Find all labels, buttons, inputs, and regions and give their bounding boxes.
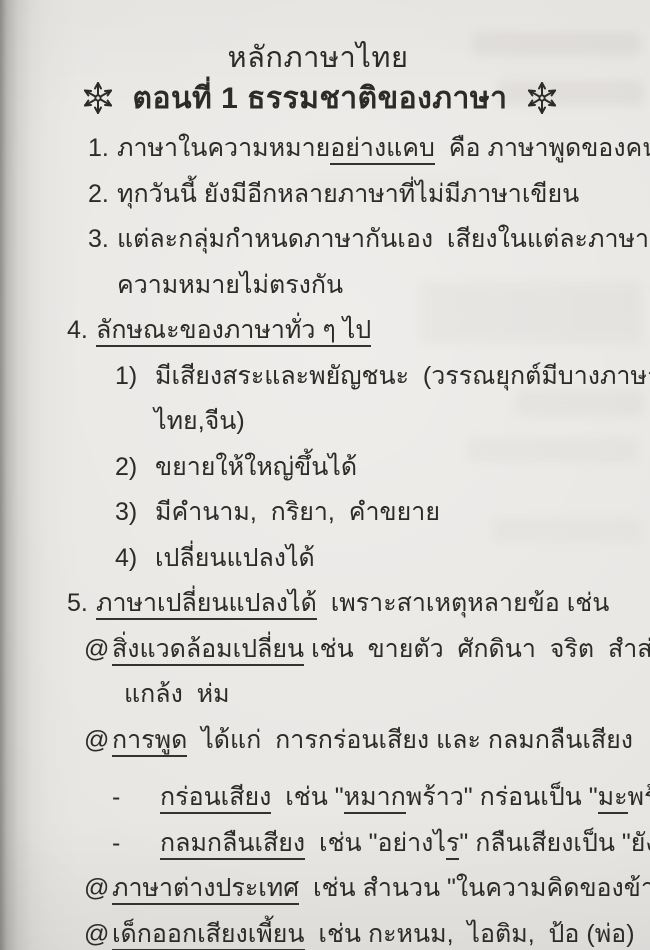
document-line: 1.ภาษาในความหมายอย่างแคบ คือ ภาษาพูดของค…	[0, 126, 650, 172]
line-marker: @	[84, 627, 109, 673]
line-text: ทุกวันนี้ ยังมีอีกหลายภาษาที่ไม่มีภาษาเข…	[117, 172, 579, 218]
line-text: ภาษาเปลี่ยนแปลงได้ เพราะสาเหตุหลายข้อ เช…	[96, 581, 609, 627]
document-line: 1)มีเสียงสระและพยัญชนะ (วรรณยุกต์มีบางภา…	[0, 354, 650, 400]
line-marker: -	[112, 775, 120, 821]
line-text: กลมกลืนเสียง เช่น "อย่างไร" กลืนเสียงเป็…	[160, 821, 650, 867]
line-text: แต่ละกลุ่มกำหนดภาษากันเอง เสียงในแต่ละภา…	[117, 217, 650, 263]
asterisk-star-icon	[80, 80, 116, 116]
document-line: แกล้ง ห่ม	[0, 672, 650, 718]
document-line: 3)มีคำนาม, กริยา, คำขยาย	[0, 490, 650, 536]
document-line: 3.แต่ละกลุ่มกำหนดภาษากันเอง เสียงในแต่ละ…	[0, 217, 650, 263]
line-text: กร่อนเสียง เช่น "หมากพร้าว" กร่อนเป็น "ม…	[160, 775, 650, 821]
line-marker: 3.	[88, 217, 109, 263]
line-marker: 4.	[67, 308, 88, 354]
line-text: แกล้ง ห่ม	[124, 672, 230, 718]
document-line: @ภาษาต่างประเทศ เช่น สำนวน "ในความคิดของ…	[0, 866, 650, 912]
line-marker: 1.	[88, 126, 109, 172]
line-marker: 2.	[88, 172, 109, 218]
line-marker: 2)	[115, 445, 137, 491]
line-text: ความหมายไม่ตรงกัน	[117, 263, 343, 309]
line-marker: -	[112, 821, 120, 867]
document-line: -กร่อนเสียง เช่น "หมากพร้าว" กร่อนเป็น "…	[0, 775, 650, 821]
line-marker: 1)	[115, 354, 137, 400]
document-line: @สิ่งแวดล้อมเปลี่ยน เช่น ขายตัว ศักดินา …	[0, 627, 650, 673]
line-text: เปลี่ยนแปลงได้	[155, 536, 315, 582]
document-line: 4.ลักษณะของภาษาทั่ว ๆ ไป	[0, 308, 650, 354]
document-line: 5.ภาษาเปลี่ยนแปลงได้ เพราะสาเหตุหลายข้อ …	[0, 581, 650, 627]
line-marker: @	[84, 912, 109, 950]
line-marker: 4)	[115, 536, 137, 582]
document-line: -กลมกลืนเสียง เช่น "อย่างไร" กลืนเสียงเป…	[0, 821, 650, 867]
document-line: ไทย,จีน)	[0, 399, 650, 445]
document-page: หลักภาษาไทย ตอนที่ 1 ธรรมชาติของภาษา	[0, 0, 650, 950]
line-text: สิ่งแวดล้อมเปลี่ยน เช่น ขายตัว ศักดินา จ…	[112, 627, 650, 673]
section-heading: ตอนที่ 1 ธรรมชาติของภาษา	[0, 74, 640, 122]
document-content: หลักภาษาไทย ตอนที่ 1 ธรรมชาติของภาษา	[0, 0, 650, 950]
line-marker: 5.	[67, 581, 88, 627]
line-marker: @	[84, 866, 109, 912]
document-line: 4)เปลี่ยนแปลงได้	[0, 536, 650, 582]
line-text: การพูด ได้แก่ การกร่อนเสียง และ กลมกลืนเ…	[112, 718, 633, 764]
document-body: 1.ภาษาในความหมายอย่างแคบ คือ ภาษาพูดของค…	[0, 126, 650, 950]
document-line: @การพูด ได้แก่ การกร่อนเสียง และ กลมกลืน…	[0, 718, 650, 764]
line-text: มีคำนาม, กริยา, คำขยาย	[155, 490, 440, 536]
document-line: @เด็กออกเสียงเพี้ยน เช่น กะหนม, ไอติม, ป…	[0, 912, 650, 950]
document-line: ความหมายไม่ตรงกัน	[0, 263, 650, 309]
line-text: ลักษณะของภาษาทั่ว ๆ ไป	[96, 308, 371, 354]
line-text: ภาษาในความหมายอย่างแคบ คือ ภาษาพูดของคน(…	[117, 126, 650, 172]
line-marker: 3)	[115, 490, 137, 536]
line-text: ภาษาต่างประเทศ เช่น สำนวน "ในความคิดของข…	[112, 866, 650, 912]
section-title: ตอนที่ 1 ธรรมชาติของภาษา	[132, 75, 507, 122]
line-text: ขยายให้ใหญ่ขึ้นได้	[155, 445, 357, 491]
document-line: 2.ทุกวันนี้ ยังมีอีกหลายภาษาที่ไม่มีภาษา…	[0, 172, 650, 218]
document-line: 2)ขยายให้ใหญ่ขึ้นได้	[0, 445, 650, 491]
line-text: มีเสียงสระและพยัญชนะ (วรรณยุกต์มีบางภาษา…	[155, 354, 650, 400]
line-marker: @	[84, 718, 109, 764]
line-text: เด็กออกเสียงเพี้ยน เช่น กะหนม, ไอติม, ป้…	[112, 912, 635, 950]
asterisk-star-icon	[524, 80, 560, 116]
line-text: ไทย,จีน)	[154, 399, 245, 445]
